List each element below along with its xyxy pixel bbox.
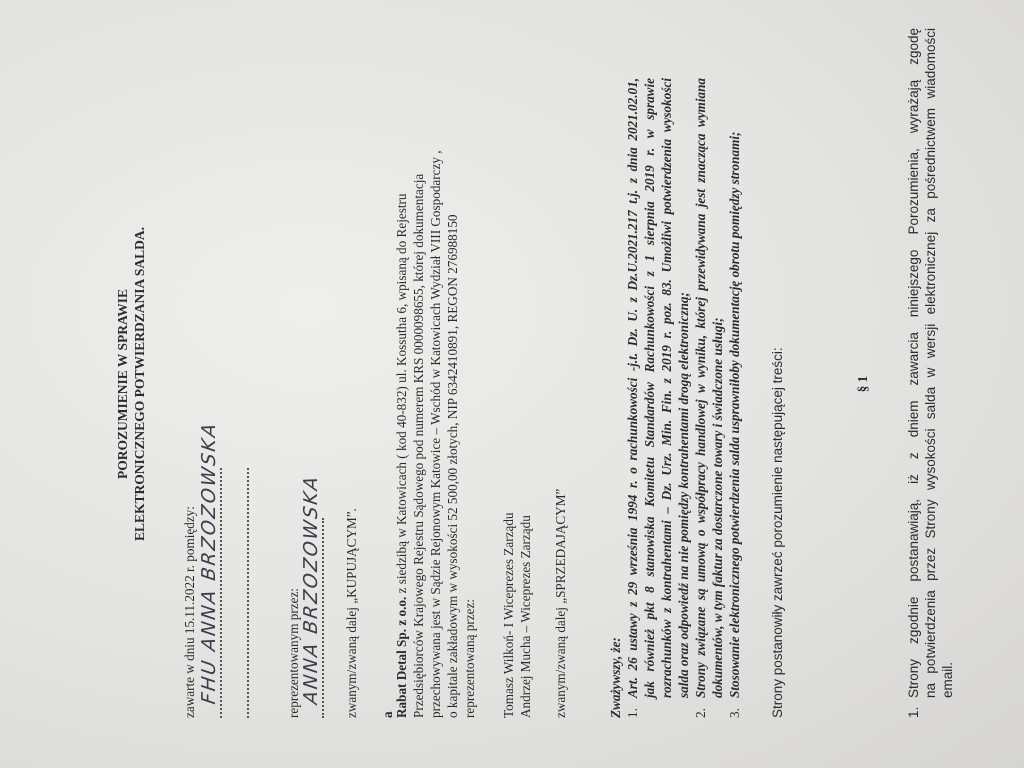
seller-line: reprezentowaną przez:	[461, 150, 478, 718]
whereas-item-number: 2.	[692, 698, 726, 718]
seller-representative: Tomasz Wilkoń- I Wiceprezes Zarządu	[500, 512, 517, 718]
whereas-item-2: 2. Strony związane są umową o współpracy…	[692, 78, 726, 718]
concluded-on-text: zawarte w dniu 15.11.2022 r. pomiędzy:	[182, 506, 198, 718]
buyer-address-line	[247, 468, 249, 718]
decided-text: Strony postanowiły zawrzeć porozumienie …	[770, 347, 785, 718]
whereas-item-1: 1. Art. 26 ustawy z 29 września 1994 r. …	[624, 78, 692, 718]
buyer-called-text: zwanym/zwaną dalej „KUPUJĄCYM”.	[344, 508, 360, 718]
document-title-line-2: ELEKTRONICZNEGO POTWIERDZANIA SALDA.	[132, 0, 148, 768]
seller-called-text: zwanym/zwaną dalej „SPRZEDAJĄCYM”	[553, 489, 569, 718]
section-item-number: 1.	[905, 698, 956, 718]
document-page: POROZUMIENIE W SPRAWIE ELEKTRONICZNEGO P…	[0, 0, 1024, 768]
seller-representative: Andrzej Mucha – Wiceprezes Zarządu	[517, 512, 534, 718]
section-line: email.	[939, 28, 956, 698]
section-list: 1. Strony zgodnie postanawiają, iż z dni…	[905, 28, 956, 718]
whereas-line: jak również pkt 8 stanowiska Komitetu St…	[641, 78, 658, 698]
buyer-name-handwritten: FHU ANNA BRZOZOWSKA	[198, 420, 220, 705]
seller-name: Rabat Detal Sp. z o.o.	[394, 597, 409, 718]
section-item-1: 1. Strony zgodnie postanawiają, iż z dni…	[905, 28, 956, 718]
buyer-representative-line	[322, 518, 324, 718]
whereas-line: Stosowanie elektronicznego potwierdzenia…	[726, 78, 743, 698]
whereas-line: Art. 26 ustawy z 29 września 1994 r. o r…	[624, 78, 641, 698]
document-title-line-1: POROZUMIENIE W SPRAWIE	[115, 0, 131, 768]
buyer-called-label: zwanym/zwaną dalej „KUPUJĄCYM”.	[344, 508, 359, 718]
buyer-representative-handwritten: ANNA BRZOZOWSKA	[300, 474, 322, 706]
seller-line: z siedzibą w Katowicach ( kod 40-832) ul…	[394, 194, 409, 597]
whereas-list: 1. Art. 26 ustawy z 29 września 1994 r. …	[624, 78, 743, 718]
seller-line: przechowywana jest w Sądzie Rejonowym Ka…	[427, 150, 444, 718]
section-line: na potwierdzenia przez Strony wysokości …	[922, 28, 939, 698]
section-line: Strony zgodnie postanawiają, iż z dniem …	[905, 28, 922, 698]
whereas-line: rozrachunków z kontrahentami – Dz. Urz. …	[658, 78, 675, 698]
whereas-item-number: 1.	[624, 698, 692, 718]
seller-line: o kapitale zakładowym w wysokości 52 500…	[444, 150, 461, 718]
seller-called-label: zwanym/zwaną dalej „SPRZEDAJĄCYM”	[553, 489, 568, 718]
section-mark: § 1	[855, 0, 871, 768]
seller-line: Przedsiębiorców Krajowego Rejestru Sądow…	[410, 150, 427, 718]
seller-description: Rabat Detal Sp. z o.o. z siedzibą w Kato…	[393, 150, 478, 718]
whereas-line: Strony związane są umową o współpracy ha…	[692, 78, 709, 698]
whereas-item-number: 3.	[726, 698, 743, 718]
whereas-item-3: 3. Stosowanie elektronicznego potwierdze…	[726, 78, 743, 718]
whereas-label: Zważywszy, że:	[608, 637, 624, 718]
seller-representatives: Tomasz Wilkoń- I Wiceprezes Zarządu Andr…	[500, 512, 534, 718]
whereas-line: dokumentów, w tym faktur za dostarczone …	[709, 78, 726, 698]
buyer-name-line	[220, 468, 222, 718]
whereas-line: salda oraz odpowiedź na nie pomiędzy kon…	[675, 78, 692, 698]
